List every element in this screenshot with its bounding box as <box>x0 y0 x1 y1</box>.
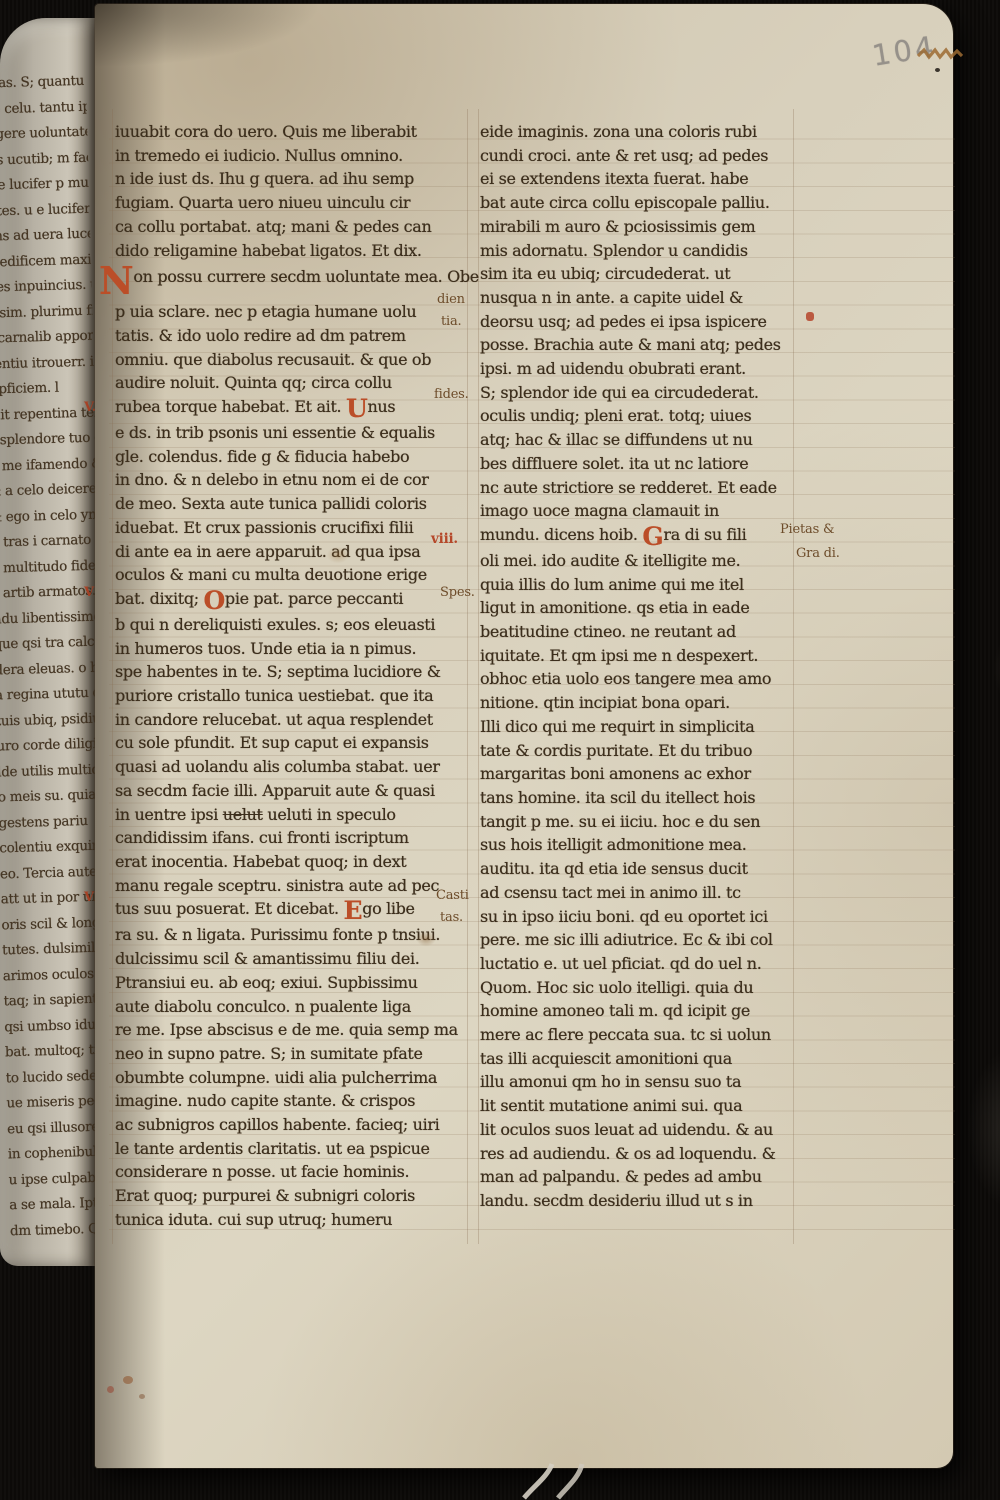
manuscript-line: in candore relucebat. ut aqua resplendet <box>115 708 467 732</box>
manuscript-line: imago uoce magna clamauit in <box>480 499 795 523</box>
manuscript-line: ei se extendens itexta fuerat. habe <box>480 167 795 191</box>
manuscript-line: tangit p me. su ei iiciu. hoc e du sen <box>480 810 795 834</box>
manuscript-line: tate & cordis puritate. Et du tribuo <box>480 739 795 763</box>
manuscript-line: u ipse culpabile fur <box>8 1165 96 1194</box>
manuscript-line: qsi umbso idumtg <box>4 1012 96 1041</box>
manuscript-line: cu sole pfundit. Et sup caput ei expansi… <box>115 731 467 755</box>
manuscript-line: oculis undiq; pleni erat. totq; uiues <box>480 404 795 428</box>
manuscript-line: Non possu currere secdm uoluntate mea. O… <box>115 262 467 300</box>
manuscript-line: p uia sclare. nec p etagia humane uolu <box>115 300 467 324</box>
manuscript-line: ligut in amonitione. qs etia in eade <box>480 596 795 620</box>
manuscript-line: Illi dico qui me requirt in simplicita <box>480 715 795 739</box>
gutter-corner-shadow <box>95 4 415 94</box>
manuscript-line: arimos oculos undiq; <box>3 961 96 990</box>
manuscript-line: e multitudo fideliu <box>0 553 96 582</box>
manuscript-line: que lucifer p mundu <box>0 171 89 200</box>
manuscript-line: oms ad uera luce <box>0 222 91 251</box>
manuscript-line: Erat quoq; purpurei & subnigri coloris <box>115 1184 467 1208</box>
manuscript-line: b qui n dereliquisti exules. s; eos eleu… <box>115 613 467 637</box>
marginal-note: Pietas & <box>780 522 834 537</box>
marginal-note: fides. <box>434 387 469 402</box>
main-page: iuuabit cora do uero. Quis me liberabiti… <box>95 4 953 1468</box>
manuscript-line: s artib armatos. qui <box>0 579 96 608</box>
manuscript-line: candidissim ifans. cui fronti iscriptum <box>115 826 467 850</box>
manuscript-line: a se mala. Iptas cq <box>9 1190 96 1219</box>
manuscript-line: o splendore tuo cu <box>0 426 96 455</box>
manuscript-line: taq; in sapientia ua <box>3 986 96 1015</box>
manuscript-line: su in ipso iiciu boni. qd eu oportet ici <box>480 905 795 929</box>
stain <box>983 614 1000 724</box>
manuscript-line: bat aute circa collu episcopale palliu. <box>480 191 795 215</box>
manuscript-line: audire noluit. Quinta qq; circa collu <box>115 371 467 395</box>
manuscript-line: tutes. dulsimileq; fo <box>2 935 96 964</box>
rubric-initial: G <box>642 522 663 551</box>
manuscript-line: mundu. dicens hoib. Gra di su fili <box>480 523 795 549</box>
marginal-note: Gra di. <box>796 546 840 561</box>
manuscript-line: n ide iust ds. Ihu g quera. ad ihu semp <box>115 167 467 191</box>
manuscript-line: gle. colendus. fide g & fiducia habebo <box>115 445 467 469</box>
manuscript-line: fugiam. Quarta uero niueu uinculu cir <box>115 191 467 215</box>
manuscript-line: atq; hac & illac se diffundens ut nu <box>480 428 795 452</box>
manuscript-line: in dno. & n delebo in etnu nom ei de cor <box>115 468 467 492</box>
manuscript-line: landu. secdm desideriu illud ut s in <box>480 1189 795 1213</box>
manuscript-line: cundi croci. ante & ret usq; ad pedes <box>480 144 795 168</box>
manuscript-line: erat inocentia. Habebat quoq; in dext <box>115 850 467 874</box>
marginal-note: Spes. <box>440 585 475 600</box>
manuscript-line: margaritas boni amonens ac exhor <box>480 762 795 786</box>
manuscript-line: fuit repentina terr <box>0 400 96 429</box>
manuscript-line: tans homine. ita scil du itellect hois <box>480 786 795 810</box>
manuscript-line: lius ucutib; m facia cu <box>0 145 88 174</box>
facing-page-fragments: meas. S; quantu iposere celu. tantu ipos… <box>0 69 96 1245</box>
manuscript-line: ca collu portabat. atq; mani & pedes can <box>115 215 467 239</box>
manuscript-line: eu qsi illusore habe <box>7 1114 96 1143</box>
manuscript-line: tas illi acquiescit amonitioni qua <box>480 1047 795 1071</box>
manuscript-line: in humeros tuos. Unde etia ia n pimus. <box>115 637 467 661</box>
marginal-note: viii. <box>431 531 458 547</box>
manuscript-line: iquitate. Et qm ipsi me n despexert. <box>480 644 795 668</box>
manuscript-line: auditu. ita qd etia ide sensus ducit <box>480 857 795 881</box>
manuscript-line: nitione. qtin incipiat bona opari. <box>480 691 795 715</box>
manuscript-line: tatis. & ido uolo redire ad dm patrem <box>115 324 467 348</box>
manuscript-line: res ad audiendu. & os ad loquendu. & <box>480 1142 795 1166</box>
rubric-initial: E <box>343 896 362 925</box>
manuscript-line: lit oculos suos leuat ad uidendu. & au <box>480 1118 795 1142</box>
manuscript-line: q; edificem maxima <box>0 247 91 276</box>
manuscript-line: ac subnigros capillos habente. facieq; u… <box>115 1113 467 1137</box>
manuscript-line: in uentre ipsi uelut ueluti in speculo <box>115 803 467 827</box>
text-column-right: eide imaginis. zona una coloris rubicund… <box>480 120 795 1213</box>
manuscript-line: considerare n posse. ut facie hominis. <box>115 1160 467 1184</box>
manuscript-line: a regina ututu qua <box>0 680 96 709</box>
stain <box>123 1376 133 1384</box>
manuscript-line: dulcissimu scil & amantissimu filiu dei. <box>115 947 467 971</box>
manuscript-line: quia illis do lum anime qui me itel <box>480 573 795 597</box>
manuscript-line: lit sentit mutatione animi sui. qua <box>480 1094 795 1118</box>
manuscript-line: ussim. plurimu fructu <box>0 298 93 327</box>
manuscript-line: ndu libentissime d <box>0 604 96 633</box>
manuscript-line: bat. dixitq; Opie pat. parce peccanti <box>115 587 467 613</box>
manuscript-line: omniu. que diabolus recusauit. & que ob <box>115 348 467 372</box>
manuscript-line: man ad palpandu. & pedes ad ambu <box>480 1165 795 1189</box>
rubric-initial: U <box>346 394 367 423</box>
manuscript-line: spe habentes in te. S; septima lucidiore… <box>115 660 467 684</box>
manuscript-line: sa secdm facie illi. Apparuit aute & qua… <box>115 779 467 803</box>
manuscript-line: lde utilis multiq; <box>0 757 96 786</box>
manuscript-line: in tremedo ei iudicio. Nullus omnino. <box>115 144 467 168</box>
manuscript-line: oculos & mani cu multa deuotione erige <box>115 563 467 587</box>
manuscript-line: ad csensu tact mei in animo ill. tc <box>480 881 795 905</box>
manuscript-line: & a celo deicere. s; m <box>0 477 96 506</box>
manuscript-line: ue miseris peccatos <box>6 1088 96 1117</box>
manuscript-line: mis adornatu. Splendor u candidis <box>480 239 795 263</box>
binding-cords-icon <box>500 1464 620 1500</box>
manuscript-line: luctatio e. ut uel pficiat. qd do uel n. <box>480 952 795 976</box>
manuscript-line: dido religamine habebat ligatos. Et dix. <box>115 239 467 263</box>
marginal-note: dien <box>437 292 465 307</box>
manuscript-line: eide imaginis. zona una coloris rubi <box>480 120 795 144</box>
manuscript-line: gestens pariu <box>0 808 96 837</box>
manuscript-line: posse. Brachia aute & mani atq; pedes <box>480 333 795 357</box>
manuscript-line: cates. u e lucifer. h <box>0 196 90 225</box>
manuscript-line: re me. Ipse abscisus e de me. quia semp … <box>115 1018 467 1042</box>
manuscript-line: imagine. nudo capite stante. & crispos <box>115 1089 467 1113</box>
manuscript-line: meas. S; quantu ipos <box>0 69 86 98</box>
manuscript-line: colentiu exquiro <box>0 833 96 862</box>
manuscript-line: iduebat. Et crux passionis crucifixi fil… <box>115 516 467 540</box>
manuscript-line: mirabili m auro & pciosissimis gem <box>480 215 795 239</box>
manuscript-line: in cophenibul di m <box>8 1139 96 1168</box>
manuscript-line: deorsu usq; ad pedes ei ipsa ispicere <box>480 310 795 334</box>
manuscript-line: oris scil & longiori <box>1 910 96 939</box>
manuscript-line: rres inpuincius. ur <box>0 273 92 302</box>
rubric-mark <box>806 312 814 321</box>
manuscript-line: homine amoneo tali m. qd icipit ge <box>480 999 795 1023</box>
manuscript-line: obhoc etia uolo eos tangere mea amo <box>480 667 795 691</box>
manuscript-line: quasi ad uolandu alis columba stabat. ue… <box>115 755 467 779</box>
manuscript-line: neo in supno patre. S; in sumitate pfate <box>115 1042 467 1066</box>
manuscript-line: tus suu posuerat. Et dicebat. Ego libe <box>115 897 467 923</box>
manuscript-line: de meo. Sexta aute tunica pallidi colori… <box>115 492 467 516</box>
manuscript-line: obumbte columpne. uidi alia pulcherrima <box>115 1066 467 1090</box>
text-column-left: iuuabit cora do uero. Quis me liberabiti… <box>115 120 467 1232</box>
manuscript-line: gentiu itrouerr. i & <box>0 349 94 378</box>
manuscript-line: Quom. Hoc sic uolo itelligi. quia du <box>480 976 795 1000</box>
stain <box>935 68 940 72</box>
manuscript-line: dm timebo. Qui <box>10 1216 96 1245</box>
manuscript-line: beatitudine ctineo. ne reutant ad <box>480 620 795 644</box>
marginal-note: Casti <box>436 888 469 903</box>
rubric-initial: N <box>99 258 133 303</box>
manuscript-line: pere. me sic illi adiutrice. Ec & ibi co… <box>480 928 795 952</box>
stain <box>139 1394 145 1399</box>
rubric-initial: O <box>203 586 224 615</box>
manuscript-line: tunica iduta. cui sup utruq; humeru <box>115 1208 467 1232</box>
manuscript-line: n carnalib apporem <box>0 324 93 353</box>
marginal-note: tia. <box>441 314 461 329</box>
manuscript-photo: meas. S; quantu iposere celu. tantu ipos… <box>0 0 1000 1500</box>
bookmark-thread-icon <box>916 42 976 68</box>
facing-page-edge: meas. S; quantu iposere celu. tantu ipos… <box>0 18 96 1266</box>
manuscript-line: dera eleuas. o humil <box>0 655 96 684</box>
manuscript-line: sim ita eu ubiq; circudederat. ut <box>480 262 795 286</box>
manuscript-line: le tante ardentis claritatis. ut ea pspi… <box>115 1137 467 1161</box>
manuscript-line: o meis su. quia ud <box>0 782 96 811</box>
manuscript-line: bat. multoq; timo <box>5 1037 96 1066</box>
manuscript-line: uro corde diligit <box>0 731 96 760</box>
manuscript-line: eo. Tercia aute ima <box>0 859 96 888</box>
manuscript-line: ere celu. tantu ipost <box>0 94 87 123</box>
manuscript-line: S; splendor ide qui ea circudederat. <box>480 381 795 405</box>
manuscript-line: to lucido sedentt <box>5 1063 96 1092</box>
manuscript-line: illu amonui qm ho in sensu suo ta <box>480 1070 795 1094</box>
manuscript-line: rubea torque habebat. Et ait. Unus <box>115 395 467 421</box>
manuscript-line: di ante ea in aere apparuit. ad qua ipsa <box>115 540 467 564</box>
manuscript-line: ra su. & n ligata. Purissimu fonte p tns… <box>115 923 467 947</box>
manuscript-line: bes diffluere solet. ita ut nc latiore <box>480 452 795 476</box>
manuscript-line: aute diabolu conculco. n pualente liga <box>115 995 467 1019</box>
manuscript-line: att ut in por uia <box>0 884 96 913</box>
manuscript-line: manu regale sceptru. sinistra aute ad pe… <box>115 874 467 898</box>
manuscript-line: d tras i carnato filio <box>0 528 96 557</box>
manuscript-line: angere uoluntate m <box>0 120 88 149</box>
stain <box>107 1386 114 1393</box>
manuscript-line: que qsi tra calcorol <box>0 630 96 659</box>
manuscript-line: sus hois itelligit admonitione mea. <box>480 833 795 857</box>
manuscript-line: ti me ifamendo & b <box>0 451 96 480</box>
manuscript-line: ipsi. m ad uidendu obubrati erant. <box>480 357 795 381</box>
manuscript-line: nusqua n in ante. a capite uidel & <box>480 286 795 310</box>
manuscript-line: mere ac flere peccata sua. tc si uolun <box>480 1023 795 1047</box>
manuscript-line: puriore cristallo tunica uestiebat. que … <box>115 684 467 708</box>
manuscript-line: e ds. in trib psonis uni essentie & equa… <box>115 421 467 445</box>
manuscript-line: o pficiem. l <box>0 375 95 404</box>
manuscript-line: nc aute strictiore se redderet. Et eade <box>480 476 795 500</box>
manuscript-line: oli mei. ido audite & itelligite me. <box>480 549 795 573</box>
marginal-note: tas. <box>440 910 463 925</box>
manuscript-line: iuuabit cora do uero. Quis me liberabit <box>115 120 467 144</box>
manuscript-line: & ego in celo ymani <box>0 502 96 531</box>
manuscript-line: tuis ubiq, psidiu m <box>0 706 96 735</box>
manuscript-line: Ptransiui eu. ab eoq; exiui. Supbissimu <box>115 971 467 995</box>
